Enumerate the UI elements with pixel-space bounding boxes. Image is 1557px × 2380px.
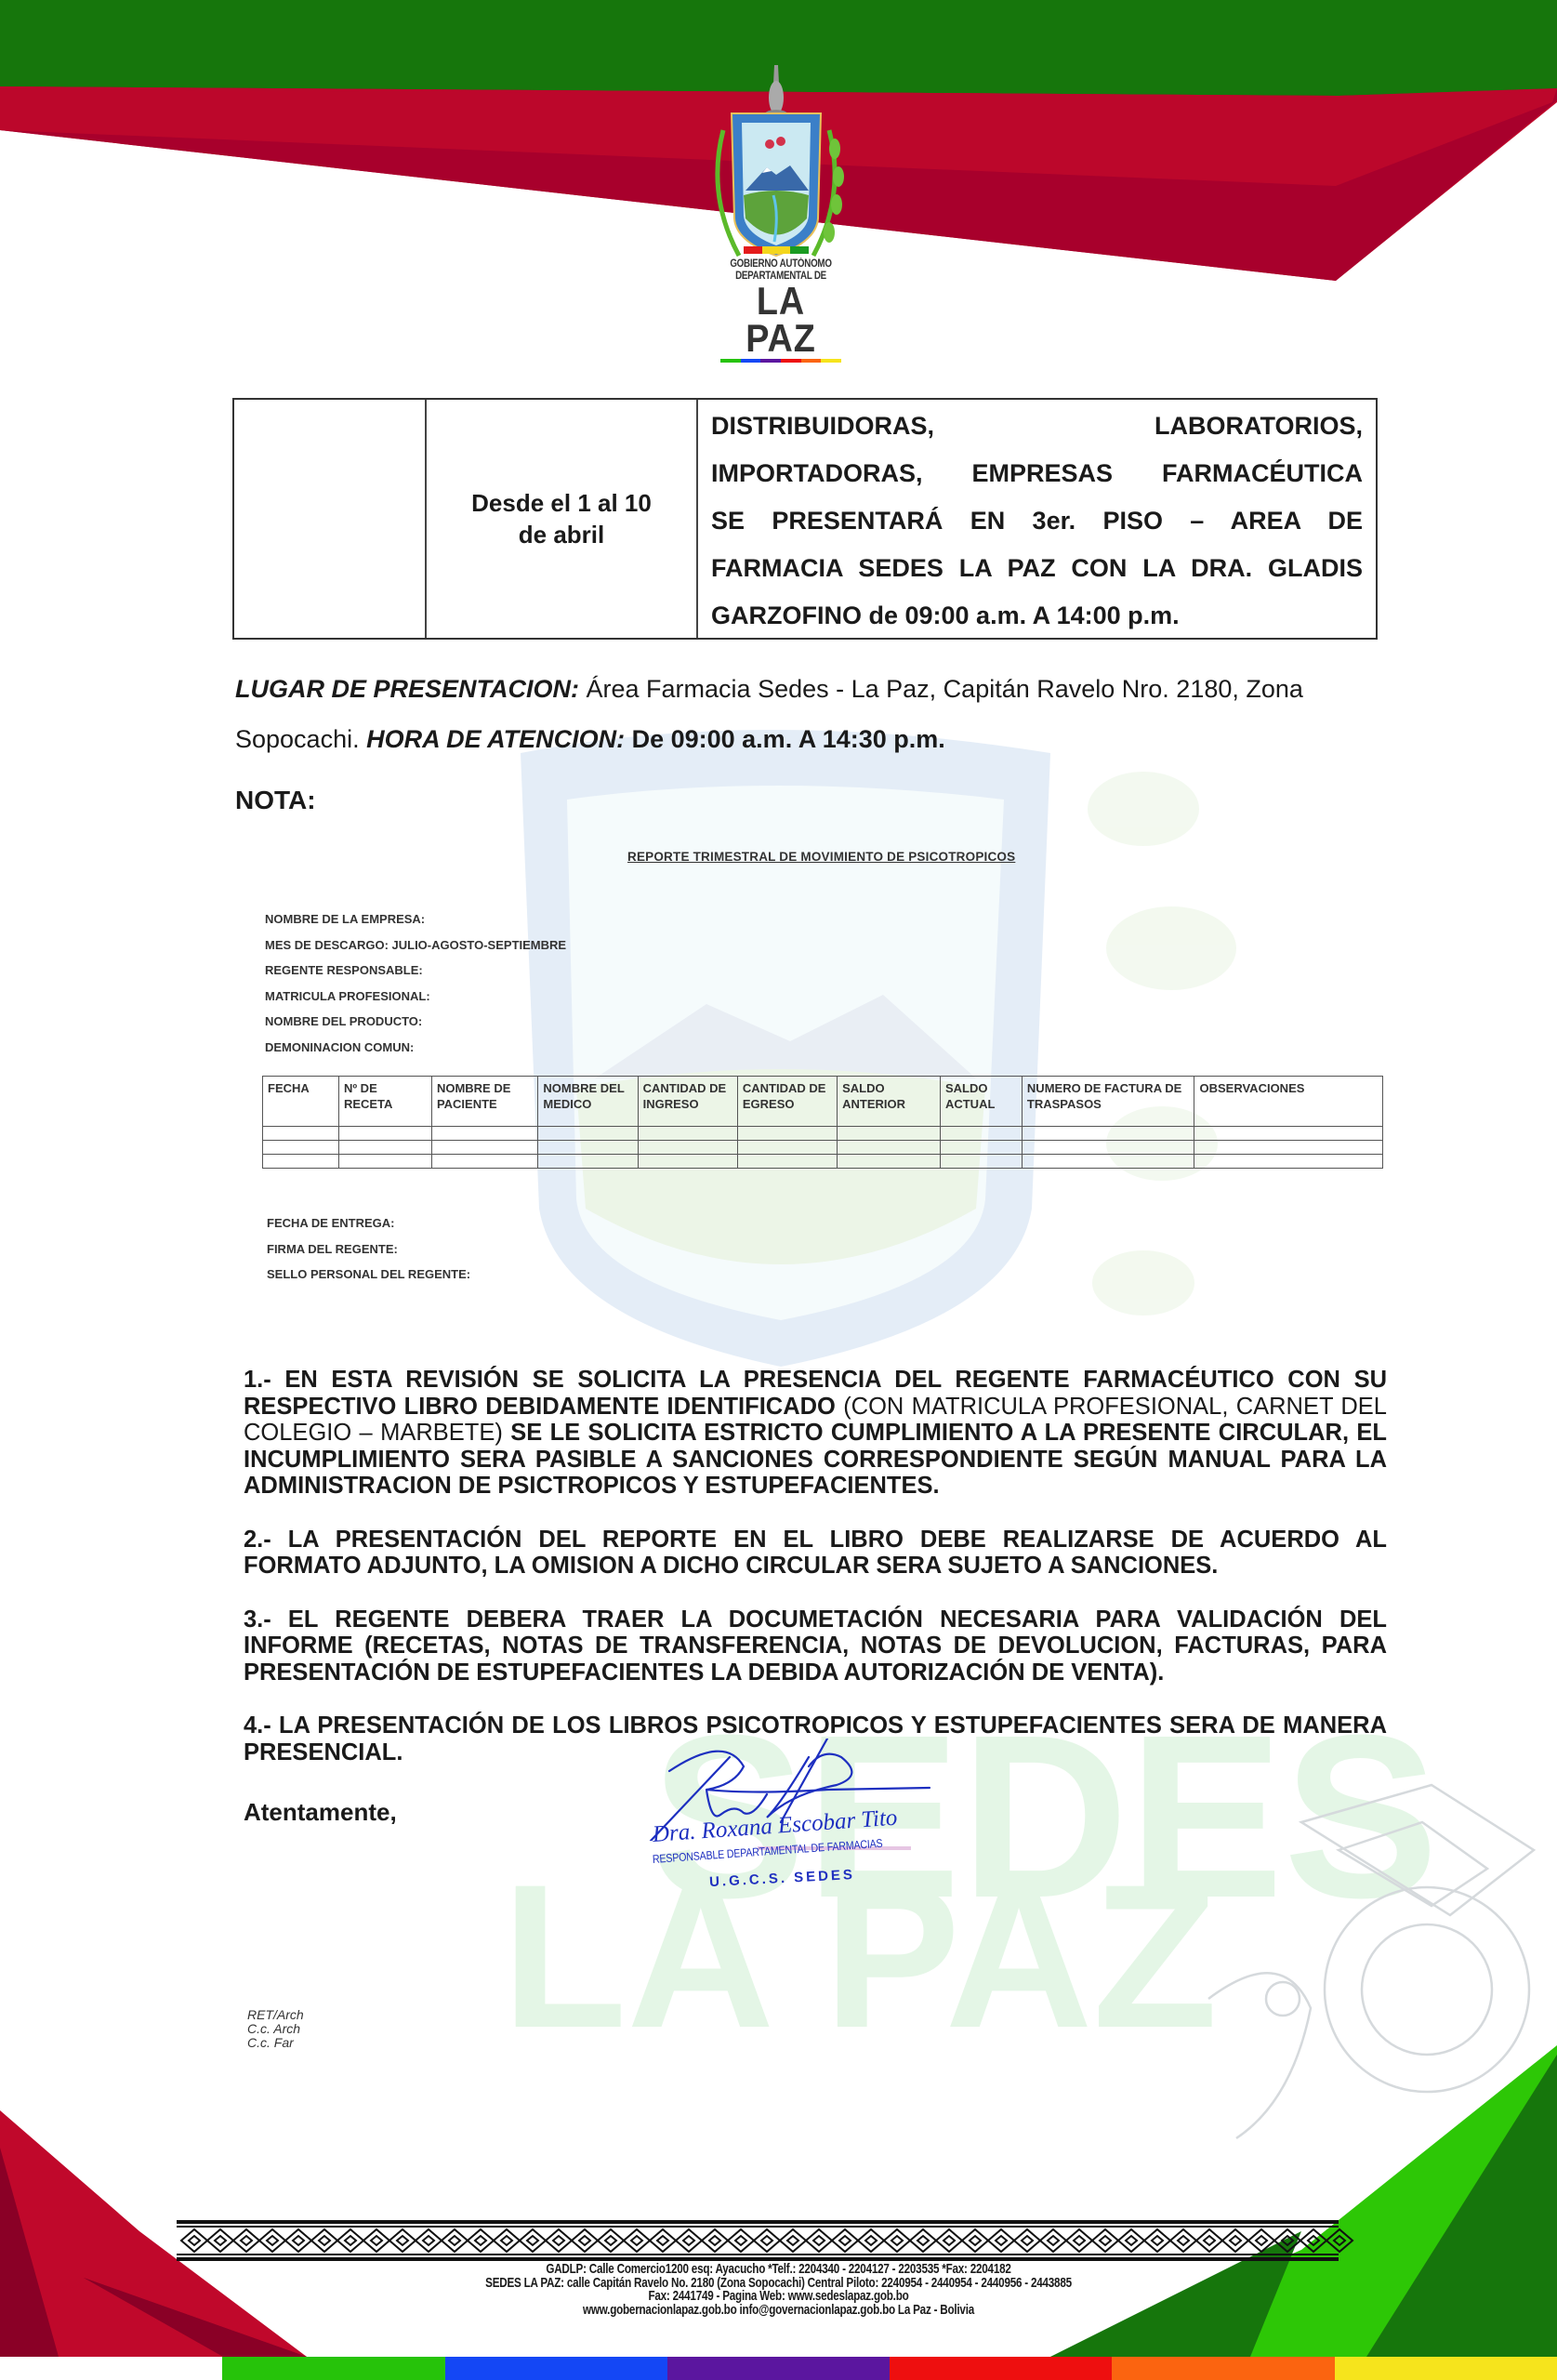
stripe-segment — [222, 2357, 444, 2380]
stripe-segment — [667, 2357, 890, 2380]
footer-color-stripe — [0, 2357, 1557, 2380]
stripe-segment — [1335, 2357, 1557, 2380]
stripe-segment — [0, 2357, 222, 2380]
footer-contact: GADLP: Calle Comercio1200 esq: Ayacucho … — [171, 2263, 1386, 2317]
footer-decoration — [0, 0, 1557, 2380]
stripe-segment — [445, 2357, 667, 2380]
circular-page: SEDES LA PAZ — [0, 0, 1557, 2380]
stripe-segment — [890, 2357, 1112, 2380]
footer-line-4: www.gobernacionlapaz.gob.bo info@governa… — [171, 2304, 1386, 2318]
stripe-segment — [1112, 2357, 1334, 2380]
